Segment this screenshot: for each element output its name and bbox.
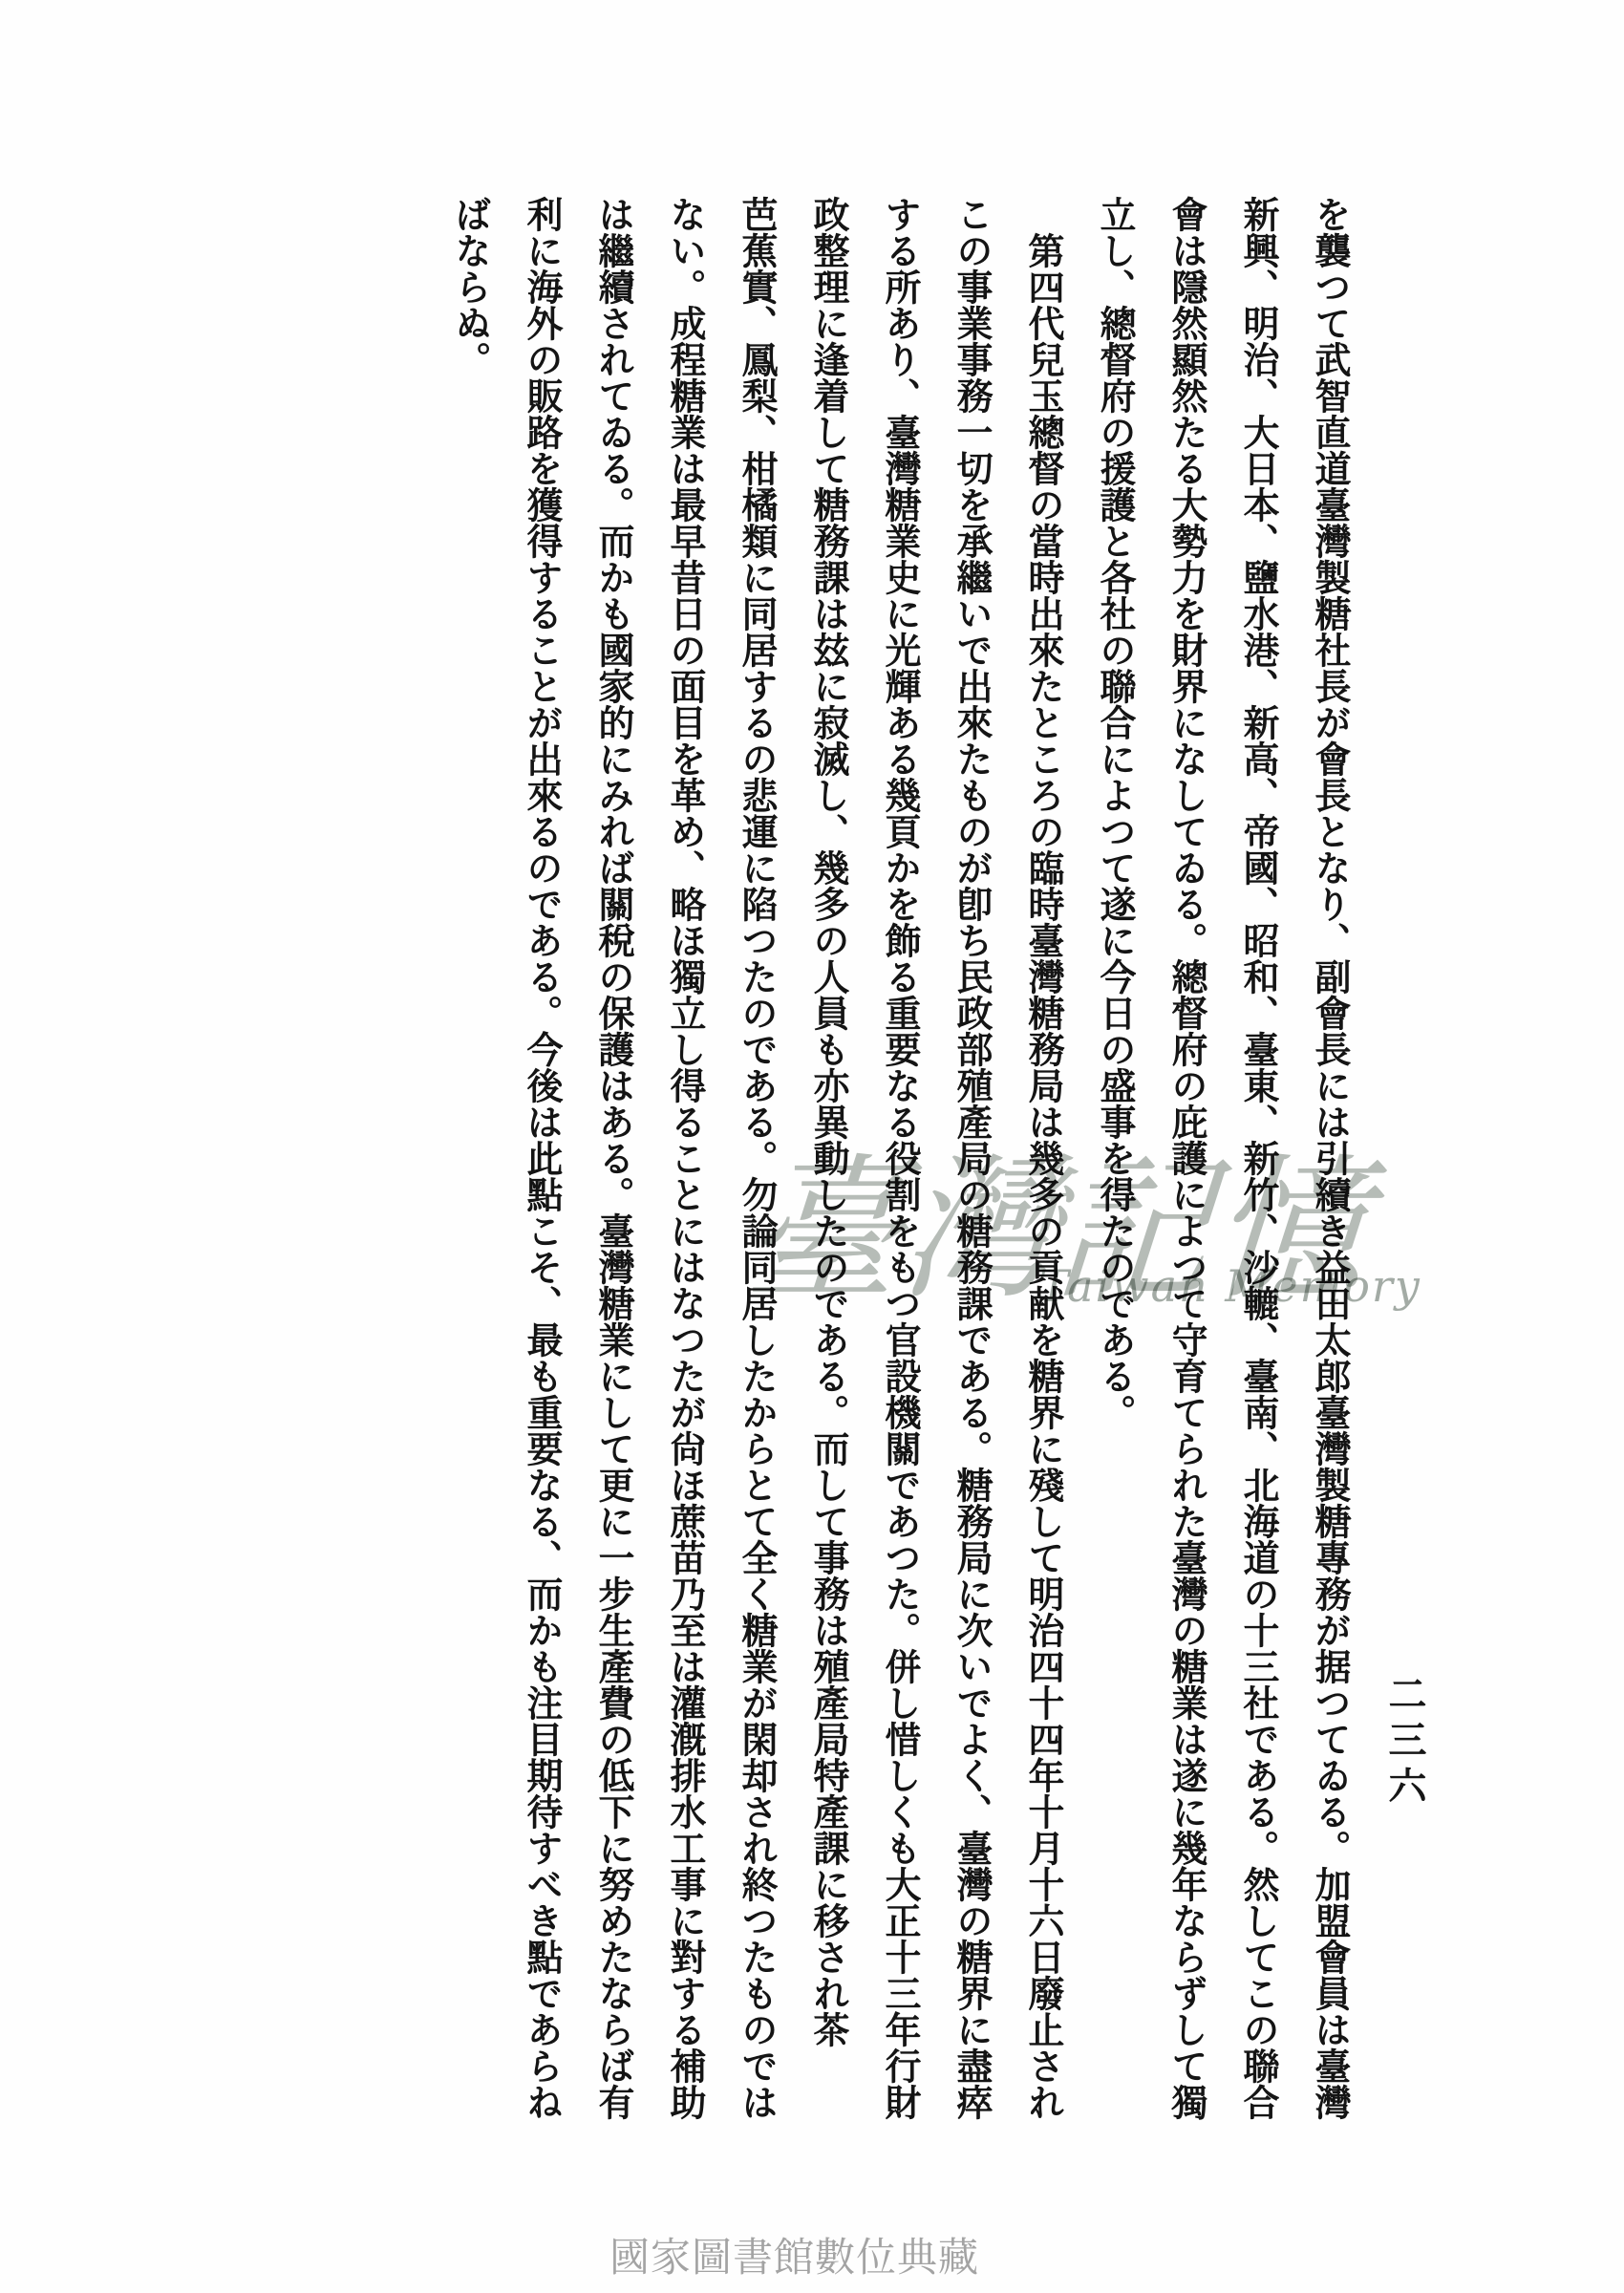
text-column-12: 利に海外の販路を獲得することが出來るのである。今後は此點こそ、最も重要なる、而か…	[506, 196, 578, 2135]
book-page: を襲つて武智直道臺灣製糖社長が會長となり、副會長には引續き益田太郎臺灣製糖專務が…	[0, 0, 1624, 2293]
text-column-4: 立し、總督府の援護と各社の聯合によつて遂に今日の盛事を得たのである。	[1079, 196, 1151, 2135]
text-column-7: する所あり、臺灣糖業史に光輝ある幾頁かを飾る重要なる役割をもつ官設機關であつた。…	[865, 196, 936, 2135]
text-column-1: を襲つて武智直道臺灣製糖社長が會長となり、副會長には引續き益田太郎臺灣製糖專務が…	[1294, 196, 1366, 2135]
text-column-6: この事業事務一切を承繼いで出來たものが卽ち民政部殖產局の糖務課である。糖務局に次…	[936, 196, 1008, 2135]
text-column-5: 第四代兒玉總督の當時出來たところの臨時臺灣糖務局は幾多の貢献を糖界に殘して明治四…	[1008, 196, 1079, 2135]
body-text: を襲つて武智直道臺灣製糖社長が會長となり、副會長には引續き益田太郎臺灣製糖專務が…	[435, 196, 1366, 2135]
library-footer: 國家圖書館數位典藏	[609, 2226, 979, 2283]
text-column-3: 會は隱然顯然たる大勢力を財界になしてゐる。總督府の庇護によつて守育てられた臺灣の…	[1151, 196, 1223, 2135]
text-column-13: ばならぬ。	[435, 196, 506, 2135]
text-column-8: 政整理に逢着して糖務課は玆に寂滅し、幾多の人員も亦異動したのである。而して事務は…	[793, 196, 865, 2135]
text-column-9: 芭蕉實、鳳梨、柑橘類に同居するの悲運に陷つたのである。勿論同居したからとて全く糖…	[721, 196, 793, 2135]
page-number: 二三六	[1378, 1674, 1432, 1811]
text-column-2: 新興、明治、大日本、鹽水港、新高、帝國、昭和、臺東、新竹、沙轆、臺南、北海道の十…	[1223, 196, 1294, 2135]
text-column-11: は繼續されてゐる。而かも國家的にみれば關稅の保護はある。臺灣糖業にして更に一步生…	[578, 196, 650, 2135]
text-column-10: ない。成程糖業は最早昔日の面目を革め、略ほ獨立し得ることにはなつたが尙ほ蔗苗乃至…	[650, 196, 721, 2135]
